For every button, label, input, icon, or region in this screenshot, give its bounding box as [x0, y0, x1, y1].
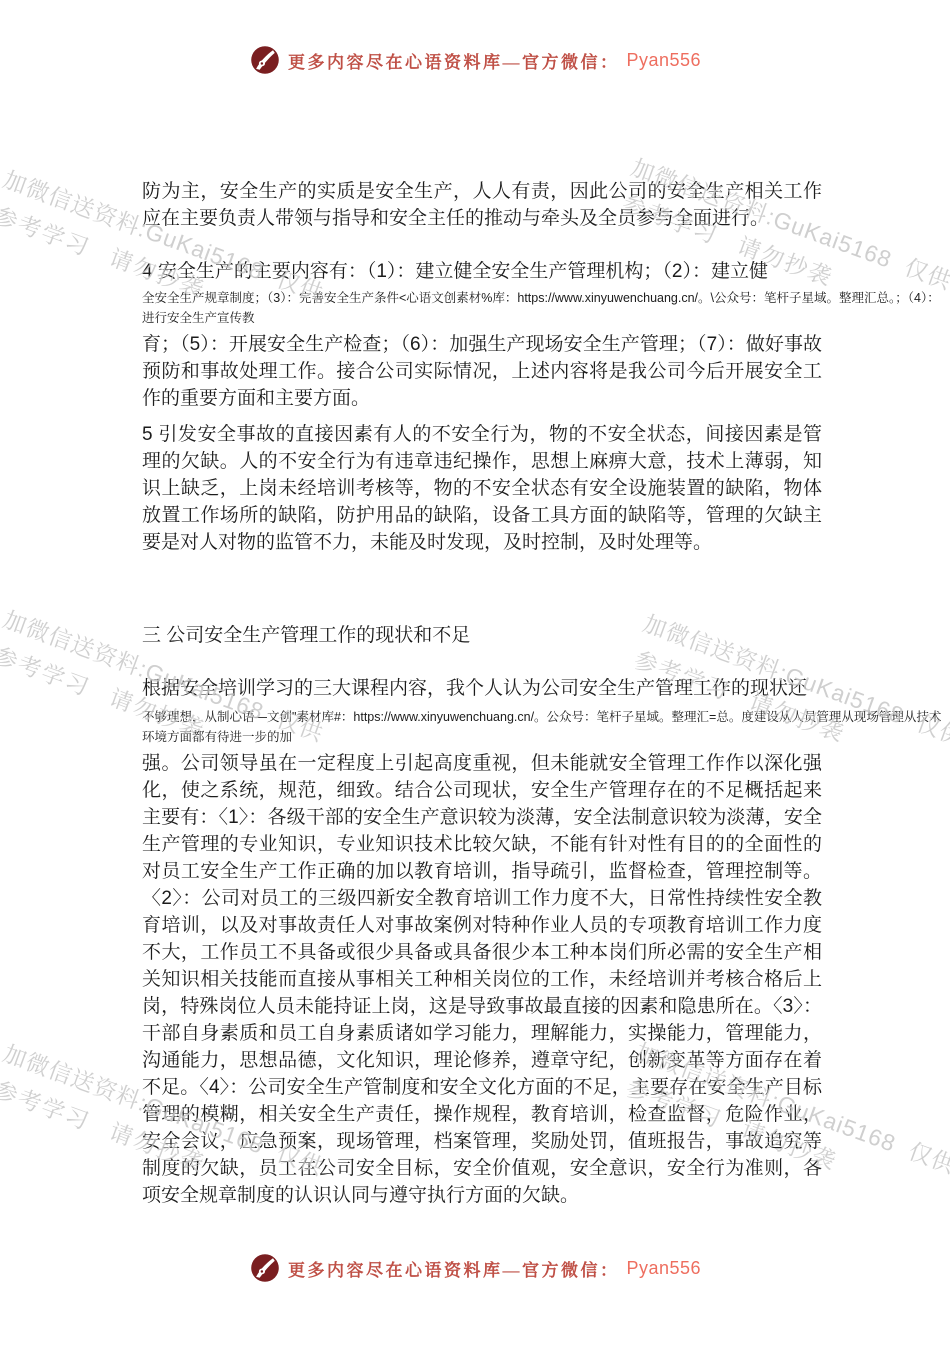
brand-logo-icon [249, 44, 281, 76]
paragraph: 防为主，安全生产的实质是安全生产，人人有责，因此公司的安全生产相关工作应在主要负… [142, 178, 822, 232]
document-page: 更多内容尽在心语资料库—官方微信： Pyan556 防为主，安全生产的实质是安全… [0, 0, 950, 1345]
paragraph: 4 安全生产的主要内容有：（1）：建立健全安全生产管理机构；（2）：建立健 [142, 258, 858, 285]
paragraph: 强。公司领导虽在一定程度上引起高度重视，但未能就安全管理工作作以深化强化，使之系… [142, 750, 822, 1209]
paragraph: 根据安全培训学习的三大课程内容，我个人认为公司安全生产管理工作的现状还 [142, 675, 822, 702]
footer-brand-text: 更多内容尽在心语资料库—官方微信： [288, 1256, 620, 1281]
footer-wechat-id: Pyan556 [626, 1258, 701, 1279]
brand-logo-icon [249, 1252, 281, 1284]
header-wechat-id: Pyan556 [626, 50, 701, 71]
paragraph: 5 引发安全事故的直接因素有人的不安全行为，物的不安全状态，间接因素是管理的欠缺… [142, 421, 822, 556]
page-footer: 更多内容尽在心语资料库—官方微信： Pyan556 [0, 1252, 950, 1284]
paragraph: 育；（5）：开展安全生产检查；（6）：加强生产现场安全生产管理；（7）：做好事故… [142, 331, 822, 412]
document-body: 防为主，安全生产的实质是安全生产，人人有责，因此公司的安全生产相关工作应在主要负… [142, 178, 822, 1209]
paragraph: 全安全生产规章制度；（3）：完善安全生产条件<心语文创素材%库：https://… [142, 288, 942, 328]
header-brand-text: 更多内容尽在心语资料库—官方微信： [288, 48, 620, 73]
page-header: 更多内容尽在心语资料库—官方微信： Pyan556 [0, 44, 950, 76]
section-heading: 三 公司安全生产管理工作的现状和不足 [142, 622, 822, 649]
paragraph: 不够理想，从制心语—文创"素材库#：https://www.xinyuwench… [142, 707, 942, 747]
